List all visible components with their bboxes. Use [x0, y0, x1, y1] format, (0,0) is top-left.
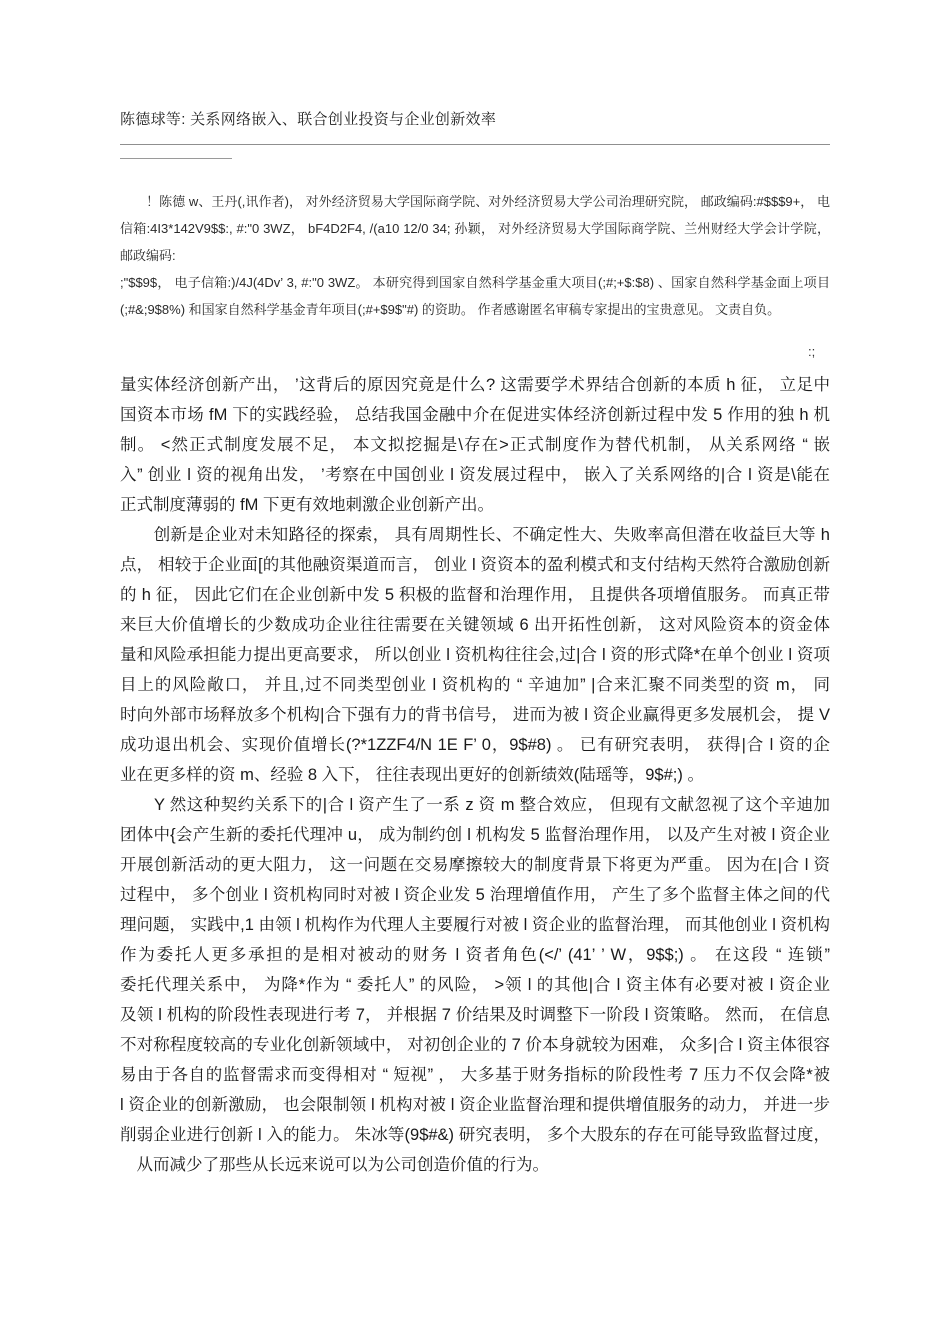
- body-text-line: 作为委托人更多承担的是相对被动的财务 l 资者角色(</’ (41’ ’ W，9…: [120, 940, 830, 970]
- body-text-line: 点， 相较于企业面[的其他融资渠道而言， 创业 l 资资本的盈利模式和支付结构天…: [120, 550, 830, 580]
- body-text-line: 成功退出机会、实现价值增长(?*1ZZF4/N 1E F’ 0，9$#8) 。 …: [120, 730, 830, 760]
- paper-page: 陈德球等: 关系网络嵌入、联合创业投资与企业创新效率 ！陈德 w、王丹(,讯作者…: [0, 0, 950, 1344]
- body-text-line: 制。 <然正式制度发展不足， 本文拟挖掘是\存在>正式制度作为替代机制， 从关系…: [120, 430, 830, 460]
- footnote-block: ！陈德 w、王丹(,讯作者)， 对外经济贸易大学国际商学院、对外经济贸易大学公司…: [120, 188, 830, 323]
- body-text: 量实体经济创新产出， ’这背后的原因究竟是什么? 这需要学术界结合创新的本质 h…: [120, 370, 830, 1180]
- footnote-line: 信箱:4I3*142V9$$:, #:"0 3WZ， bF4D2F4, /(a1…: [120, 215, 830, 242]
- body-text-line: 正式制度薄弱的 fM 下更有效地刺激企业创新产出。: [120, 490, 830, 520]
- body-text-line: 目上的风险敞口， 并且,过不同类型创业 l 资机构的 “ 辛迪加” |合来汇聚不…: [120, 670, 830, 700]
- body-text-line: 量和风险承担能力提出更高要求， 所以创业 l 资机构往往会,过|合 l 资的形式…: [120, 640, 830, 670]
- body-text-line: 时向外部市场释放多个机构|合下强有力的背书信号， 进而为被 l 资企业赢得更多发…: [120, 700, 830, 730]
- paragraph-3: Y 然这种契约关系下的|合 l 资产生了一系 z 资 m 整合效应， 但现有文献…: [120, 790, 830, 1180]
- footnote-line: ！陈德 w、王丹(,讯作者)， 对外经济贸易大学国际商学院、对外经济贸易大学公司…: [120, 188, 830, 215]
- body-text-line: 来巨大价值增长的少数成功企业往往需要在关键领域 6 出开拓性创新， 这对风险资本…: [120, 610, 830, 640]
- body-text-line: 国资本市场 fM 下的实践经验， 总结我国金融中介在促进实体经济创新过程中发 5…: [120, 400, 830, 430]
- body-text-line: Y 然这种契约关系下的|合 l 资产生了一系 z 资 m 整合效应， 但现有文献…: [120, 790, 830, 820]
- paragraph-2: 创新是企业对未知路径的探索， 具有周期性长、不确定性大、失败率高但潜在收益巨大等…: [120, 520, 830, 790]
- body-text-line: 理问题， 实践中,1 由领 l 机构作为代理人主要履行对被 l 资企业的监督治理…: [120, 910, 830, 940]
- body-text-line: 不对称程度较高的专业化创新领域中， 对初创企业的 7 价本身就较为困难， 众多|…: [120, 1030, 830, 1060]
- body-text-line: 入” 创业 l 资的视角出发， ’考察在中国创业 l 资发展过程中， 嵌入了关系…: [120, 460, 830, 490]
- body-text-line: 业在更多样的资 m、经验 8 入下， 往往表现出更好的创新绩效(陆瑶等，9$#;…: [120, 760, 830, 790]
- body-text-line: 及领 l 机构的阶段性表现进行考 7， 并根据 7 价结果及时调整下一阶段 l …: [120, 1000, 830, 1030]
- margin-mark: :;: [808, 344, 815, 359]
- body-text-line: l 资企业的创新激励， 也会限制领 l 机构对被 l 资企业监督治理和提供增值服…: [120, 1090, 830, 1120]
- paragraph-1: 量实体经济创新产出， ’这背后的原因究竟是什么? 这需要学术界结合创新的本质 h…: [120, 370, 830, 520]
- body-text-line: 开展创新活动的更大阻力， 这一问题在交易摩擦较大的制度背景下将更为严重。 因为在…: [120, 850, 830, 880]
- running-header: 陈德球等: 关系网络嵌入、联合创业投资与企业创新效率: [120, 108, 830, 129]
- footnote-separator-rule: [120, 158, 232, 159]
- body-text-line: 团体中{会产生新的委托代理冲 u， 成为制约创 l 机构发 5 监督治理作用， …: [120, 820, 830, 850]
- body-text-line: 委托代理关系中， 为降*作为 “ 委托人” 的风险， >领 l 的其他|合 l …: [120, 970, 830, 1000]
- footnote-line: ;"$$9$， 电子信箱:)/4J(4Dv’ 3, #:"0 3WZ。 本研究得…: [120, 269, 830, 296]
- footnote-line: (;#&;9$8%) 和国家自然科学基金青年项目(;#+$9$"#) 的资助。 …: [120, 296, 830, 323]
- footnote-line: 邮政编码:: [120, 242, 830, 269]
- body-text-line: 创新是企业对未知路径的探索， 具有周期性长、不确定性大、失败率高但潜在收益巨大等…: [120, 520, 830, 550]
- body-text-line: 量实体经济创新产出， ’这背后的原因究竟是什么? 这需要学术界结合创新的本质 h…: [120, 370, 830, 400]
- body-text-line: 从而减少了那些从长远来说可以为公司创造价值的行为。: [120, 1150, 830, 1180]
- body-text-line: 的 h 征， 因此它们在企业创新中发 5 积极的监督和治理作用， 且提供各项增值…: [120, 580, 830, 610]
- header-rule: [120, 144, 830, 145]
- body-text-line: 过程中， 多个创业 l 资机构同时对被 l 资企业发 5 治理增值作用， 产生了…: [120, 880, 830, 910]
- body-text-line: 削弱企业进行创新 l 入的能力。 朱冰等(9$#&) 研究表明， 多个大股东的存…: [120, 1120, 830, 1150]
- body-text-line: 易由于各自的监督需求而变得相对 “ 短视” ， 大多基于财务指标的阶段性考 7 …: [120, 1060, 830, 1090]
- page-content: 陈德球等: 关系网络嵌入、联合创业投资与企业创新效率 ！陈德 w、王丹(,讯作者…: [120, 0, 830, 1180]
